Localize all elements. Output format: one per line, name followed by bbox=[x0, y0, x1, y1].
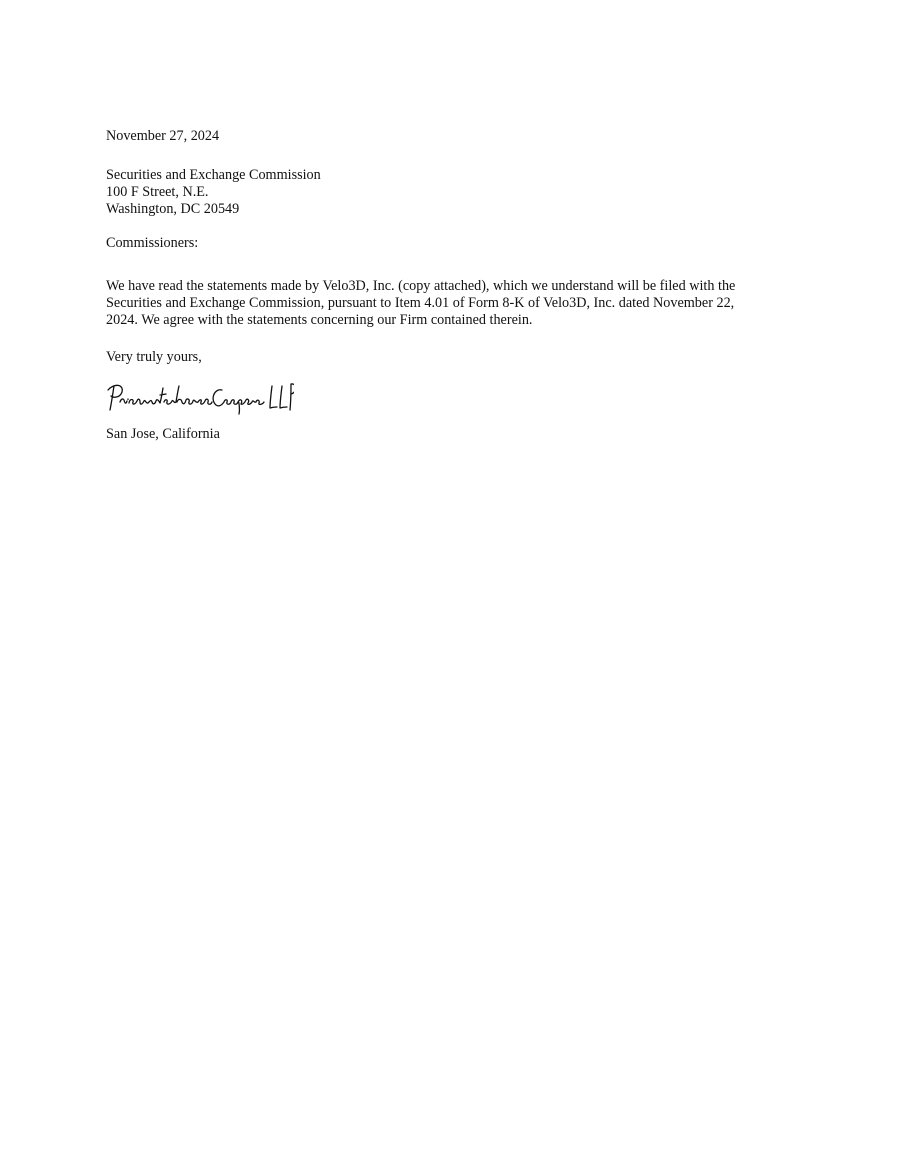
recipient-address: Securities and Exchange Commission 100 F… bbox=[106, 167, 321, 218]
body-line: We have read the statements made by Velo… bbox=[106, 278, 776, 295]
location: San Jose, California bbox=[106, 426, 220, 443]
letter-date: November 27, 2024 bbox=[106, 128, 219, 145]
signature-image: PricewaterhouseCoopers LLP bbox=[104, 380, 294, 418]
salutation: Commissioners: bbox=[106, 235, 198, 252]
letter-body: We have read the statements made by Velo… bbox=[106, 278, 776, 329]
recipient-name: Securities and Exchange Commission bbox=[106, 167, 321, 184]
body-line: 2024. We agree with the statements conce… bbox=[106, 312, 776, 329]
closing: Very truly yours, bbox=[106, 349, 202, 366]
body-line: Securities and Exchange Commission, purs… bbox=[106, 295, 776, 312]
recipient-city: Washington, DC 20549 bbox=[106, 201, 321, 218]
recipient-street: 100 F Street, N.E. bbox=[106, 184, 321, 201]
